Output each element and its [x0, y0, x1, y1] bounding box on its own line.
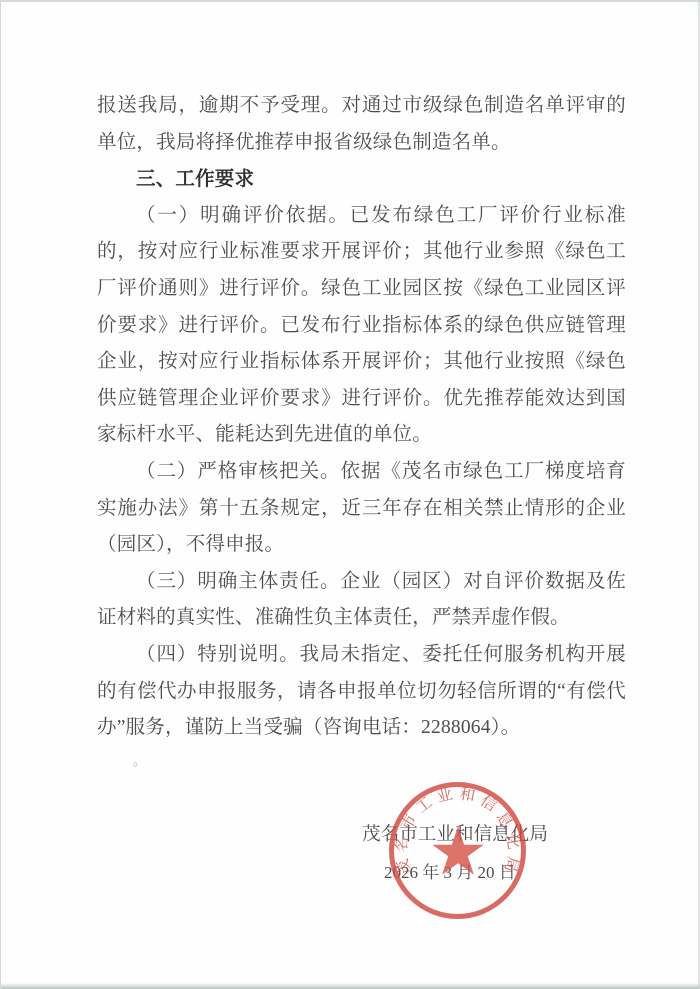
- section-heading: 三、工作要求: [97, 161, 626, 198]
- paragraph-item-4: （四）特别说明。我局未指定、委托任何服务机构开展的有偿代办申报服务，请各申报单位…: [97, 637, 626, 747]
- star-icon: [432, 826, 483, 875]
- document-body: 报送我局，逾期不予受理。对通过市级绿色制造名单评审的单位，我局将择优推荐申报省级…: [97, 88, 626, 747]
- stray-ink-mark: 。: [133, 750, 146, 769]
- document-page: 报送我局，逾期不予受理。对通过市级绿色制造名单评审的单位，我局将择优推荐申报省级…: [0, 0, 700, 989]
- paragraph-continued: 报送我局，逾期不予受理。对通过市级绿色制造名单评审的单位，我局将择优推荐申报省级…: [97, 88, 626, 161]
- scan-edge-left: [0, 0, 1, 989]
- official-seal-stamp: 茂名市工业和信息化局: [384, 777, 530, 923]
- paragraph-item-3: （三）明确主体责任。企业（园区）对自评价数据及佐证材料的真实性、准确性负主体责任…: [97, 564, 626, 637]
- paragraph-item-1: （一）明确评价依据。已发布绿色工厂评价行业标准的，按对应行业标准要求开展评价；其…: [97, 198, 626, 454]
- paragraph-item-2: （二）严格审核把关。依据《茂名市绿色工厂梯度培育实施办法》第十五条规定，近三年存…: [97, 454, 626, 564]
- scan-edge-bottom: [0, 983, 700, 989]
- scan-edge-top: [0, 0, 700, 2]
